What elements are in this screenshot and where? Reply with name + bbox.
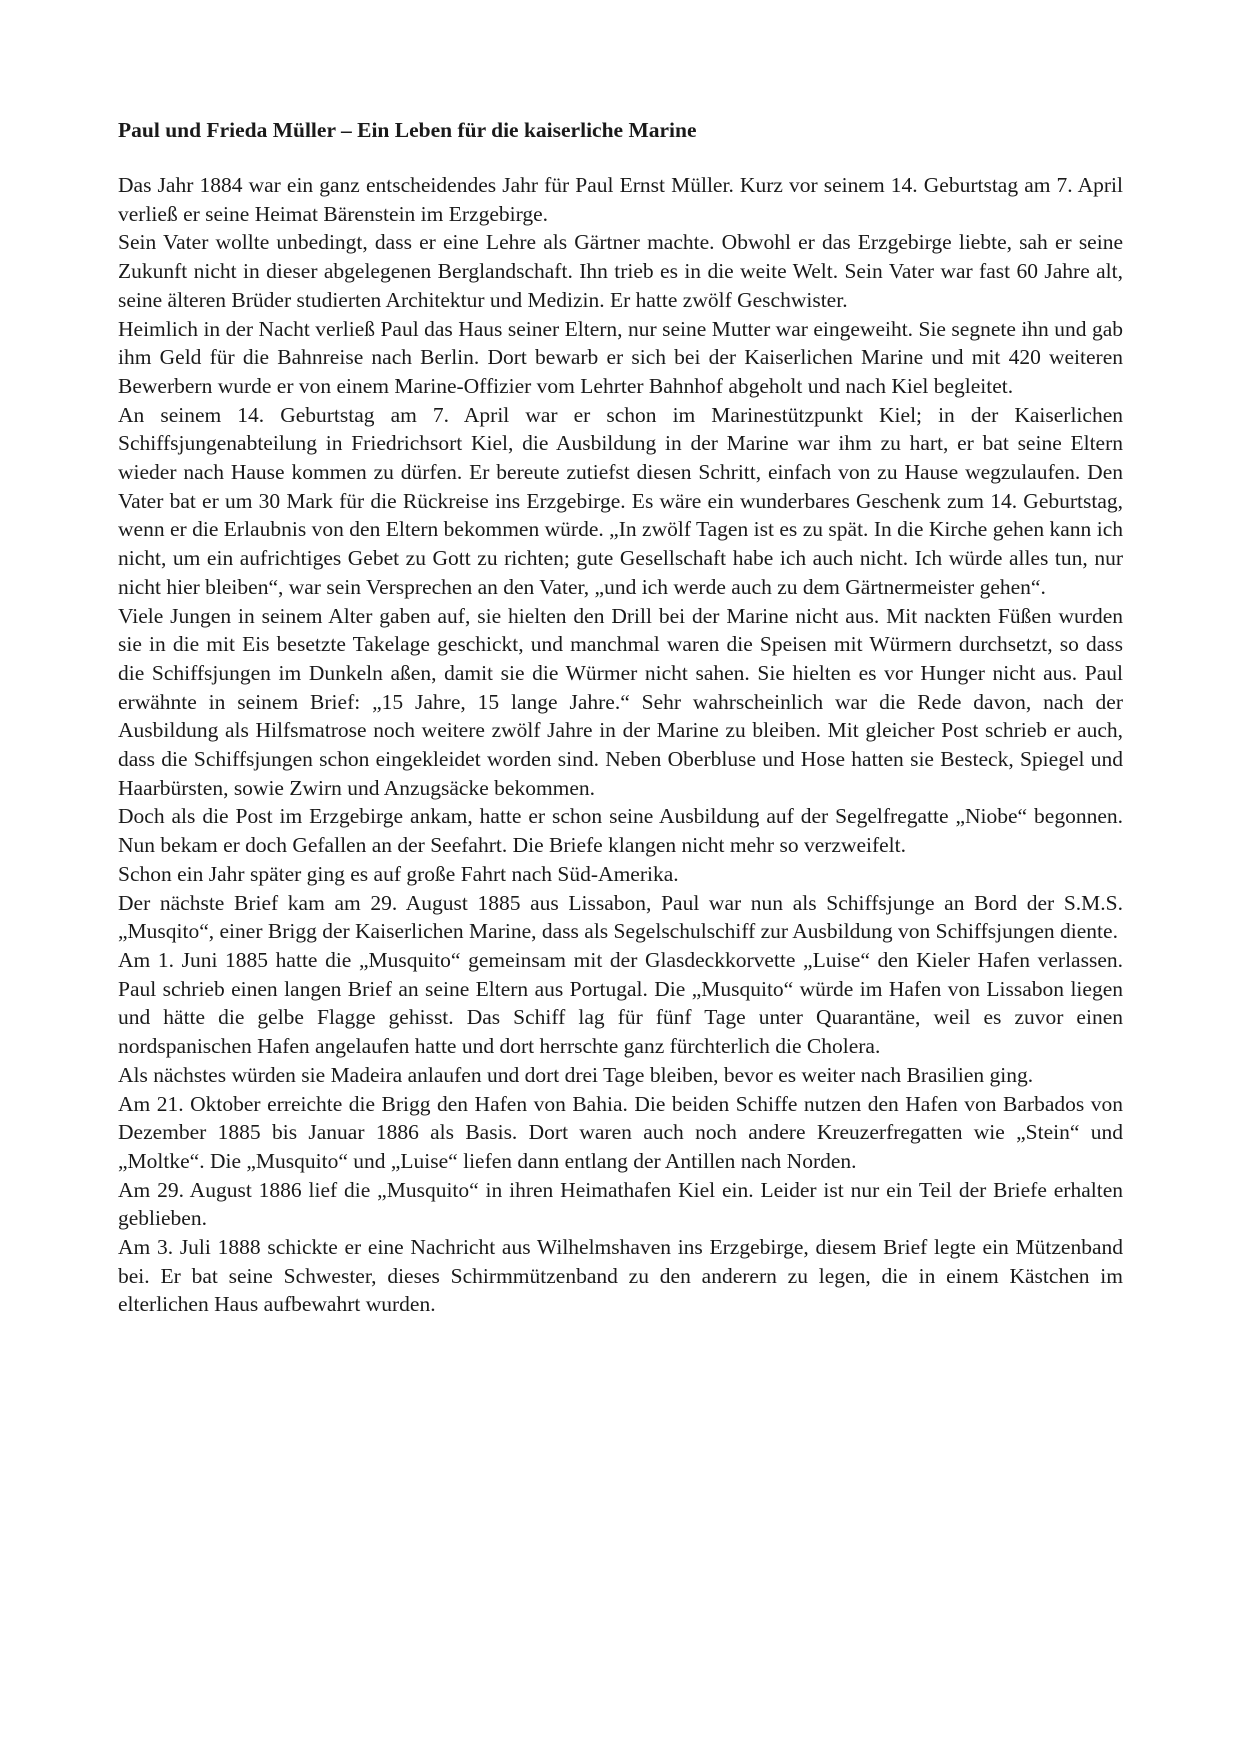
paragraph-5: Viele Jungen in seinem Alter gaben auf, … <box>118 602 1123 803</box>
paragraph-8: Der nächste Brief kam am 29. August 1885… <box>118 889 1123 946</box>
paragraph-13: Am 3. Juli 1888 schickte er eine Nachric… <box>118 1233 1123 1319</box>
paragraph-6: Doch als die Post im Erzgebirge ankam, h… <box>118 802 1123 859</box>
paragraph-1: Das Jahr 1884 war ein ganz entscheidende… <box>118 171 1123 228</box>
paragraph-9: Am 1. Juni 1885 hatte die „Musquito“ gem… <box>118 946 1123 1061</box>
paragraph-3: Heimlich in der Nacht verließ Paul das H… <box>118 315 1123 401</box>
document-page: Paul und Frieda Müller – Ein Leben für d… <box>118 117 1123 1319</box>
paragraph-4: An seinem 14. Geburtstag am 7. April war… <box>118 401 1123 602</box>
document-title: Paul und Frieda Müller – Ein Leben für d… <box>118 117 1123 143</box>
paragraph-7: Schon ein Jahr später ging es auf große … <box>118 860 1123 889</box>
paragraph-2: Sein Vater wollte unbedingt, dass er ein… <box>118 228 1123 314</box>
paragraph-11: Am 21. Oktober erreichte die Brigg den H… <box>118 1090 1123 1176</box>
paragraph-12: Am 29. August 1886 lief die „Musquito“ i… <box>118 1176 1123 1233</box>
paragraph-10: Als nächstes würden sie Madeira anlaufen… <box>118 1061 1123 1090</box>
